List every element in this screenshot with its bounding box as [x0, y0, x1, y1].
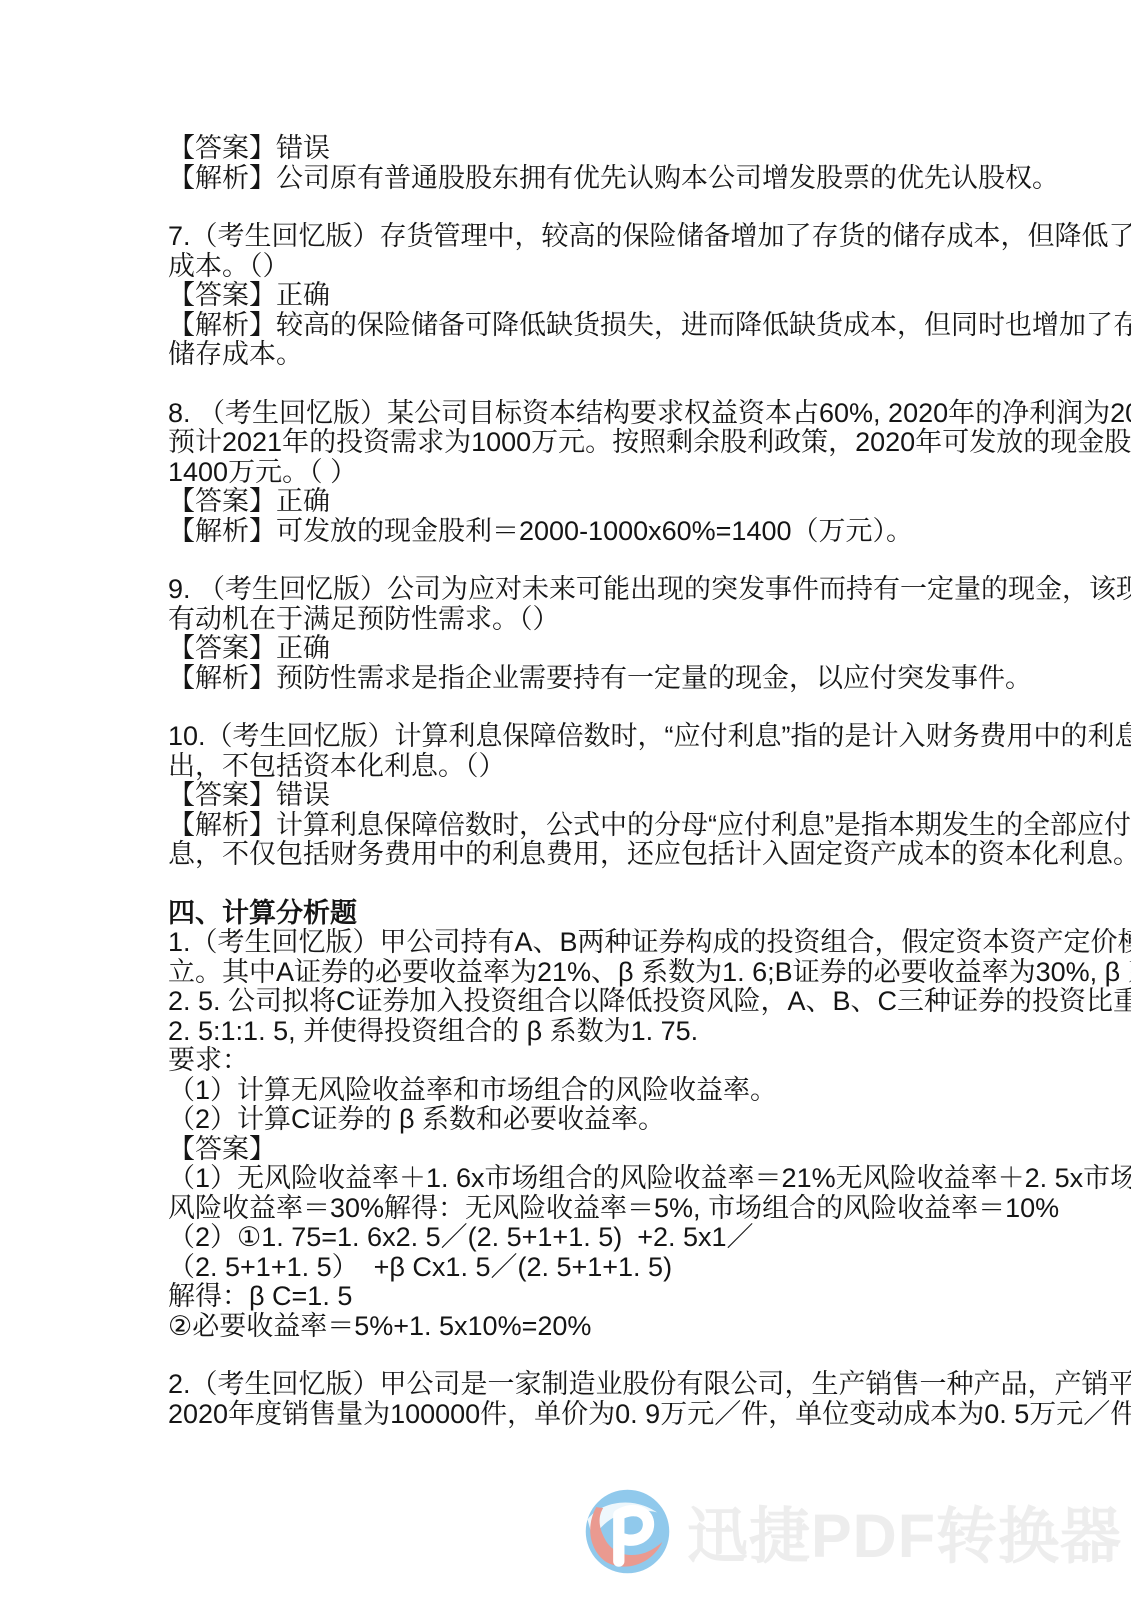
question-block-7: 7.（考生回忆版）存货管理中，较高的保险储备增加了存货的储存成本，但降低了缺货成…	[168, 222, 968, 370]
document-page: 【答案】错误【解析】公司原有普通股股东拥有优先认购本公司增发股票的优先认股权。7…	[0, 0, 1131, 1600]
text-line: 10.（考生回忆版）计算利息保障倍数时，“应付利息”指的是计入财务费用中的利息支	[168, 722, 968, 752]
question-block-9: 9. （考生回忆版）公司为应对未来可能出现的突发事件而持有一定量的现金，该现金持…	[168, 575, 968, 693]
text-line: 息，不仅包括财务费用中的利息费用，还应包括计入固定资产成本的资本化利息。	[168, 840, 968, 870]
text-line: 立。其中A证券的必要收益率为21%、β 系数为1. 6;B证券的必要收益率为30…	[168, 958, 968, 988]
text-line: 8. （考生回忆版）某公司目标资本结构要求权益资本占60%, 2020年的净利润…	[168, 399, 968, 429]
text-line: 2. 5:1:1. 5, 并使得投资组合的 β 系数为1. 75.	[168, 1017, 968, 1047]
section-heading: 四、计算分析题	[168, 899, 968, 929]
text-line: （1）计算无风险收益率和市场组合的风险收益率。	[168, 1076, 968, 1106]
text-line: 风险收益率＝30%解得：无风险收益率＝5%, 市场组合的风险收益率＝10%	[168, 1194, 968, 1224]
question-block-8: 8. （考生回忆版）某公司目标资本结构要求权益资本占60%, 2020年的净利润…	[168, 399, 968, 547]
text-line: 【答案】正确	[168, 487, 968, 517]
text-line: 【答案】	[168, 1135, 968, 1165]
text-line: 解得：β C=1. 5	[168, 1282, 968, 1312]
answer-block-q6: 【答案】错误【解析】公司原有普通股股东拥有优先认购本公司增发股票的优先认股权。	[168, 134, 968, 193]
text-line: 1400万元。（ ）	[168, 458, 968, 488]
text-line: 有动机在于满足预防性需求。（）	[168, 605, 968, 635]
text-line: 2020年度销售量为100000件，单价为0. 9万元／件，单位变动成本为0. …	[168, 1400, 968, 1430]
text-line: 成本。（）	[168, 252, 968, 282]
text-line: （2）计算C证券的 β 系数和必要收益率。	[168, 1105, 968, 1135]
text-line: 出，不包括资本化利息。（）	[168, 752, 968, 782]
text-line: 【解析】预防性需求是指企业需要持有一定量的现金，以应付突发事件。	[168, 664, 968, 694]
text-line: 【答案】错误	[168, 134, 968, 164]
text-line: 【答案】错误	[168, 781, 968, 811]
text-line: 【解析】计算利息保障倍数时，公式中的分母“应付利息”是指本期发生的全部应付利	[168, 811, 968, 841]
text-line: 9. （考生回忆版）公司为应对未来可能出现的突发事件而持有一定量的现金，该现金持	[168, 575, 968, 605]
watermark: 迅捷PDF转换器	[584, 1486, 1122, 1576]
text-line: 2.（考生回忆版）甲公司是一家制造业股份有限公司，生产销售一种产品，产销平衡。	[168, 1370, 968, 1400]
text-line: ②必要收益率＝5%+1. 5x10%=20%	[168, 1312, 968, 1342]
text-line: （1）无风险收益率＋1. 6x市场组合的风险收益率＝21%无风险收益率＋2. 5…	[168, 1164, 968, 1194]
section-4-calculation-q1: 四、计算分析题1.（考生回忆版）甲公司持有A、B两种证券构成的投资组合，假定资本…	[168, 899, 968, 1342]
text-line: （2. 5+1+1. 5） +β Cx1. 5／(2. 5+1+1. 5)	[168, 1253, 968, 1283]
text-line: （2）①1. 75=1. 6x2. 5／(2. 5+1+1. 5) +2. 5x…	[168, 1223, 968, 1253]
document-content: 【答案】错误【解析】公司原有普通股股东拥有优先认购本公司增发股票的优先认股权。7…	[168, 134, 968, 1429]
text-line: 【答案】正确	[168, 281, 968, 311]
text-line: 1.（考生回忆版）甲公司持有A、B两种证券构成的投资组合，假定资本资产定价模型成	[168, 928, 968, 958]
text-line: 要求：	[168, 1046, 968, 1076]
question-block-10: 10.（考生回忆版）计算利息保障倍数时，“应付利息”指的是计入财务费用中的利息支…	[168, 722, 968, 870]
text-line: 7.（考生回忆版）存货管理中，较高的保险储备增加了存货的储存成本，但降低了缺货	[168, 222, 968, 252]
text-line: 【解析】较高的保险储备可降低缺货损失，进而降低缺货成本，但同时也增加了存货的	[168, 311, 968, 341]
text-line: 【解析】可发放的现金股利＝2000-1000x60%=1400（万元）。	[168, 517, 968, 547]
text-line: 【解析】公司原有普通股股东拥有优先认购本公司增发股票的优先认股权。	[168, 164, 968, 194]
watermark-text: 迅捷PDF转换器	[687, 1488, 1122, 1575]
text-line: 预计2021年的投资需求为1000万元。按照剩余股利政策，2020年可发放的现金…	[168, 428, 968, 458]
text-line: 储存成本。	[168, 340, 968, 370]
pdf-converter-logo-icon	[584, 1488, 671, 1575]
text-line: 【答案】正确	[168, 634, 968, 664]
text-line: 2. 5. 公司拟将C证券加入投资组合以降低投资风险，A、B、C三种证券的投资比…	[168, 987, 968, 1017]
question-block-2-calc: 2.（考生回忆版）甲公司是一家制造业股份有限公司，生产销售一种产品，产销平衡。2…	[168, 1370, 968, 1429]
